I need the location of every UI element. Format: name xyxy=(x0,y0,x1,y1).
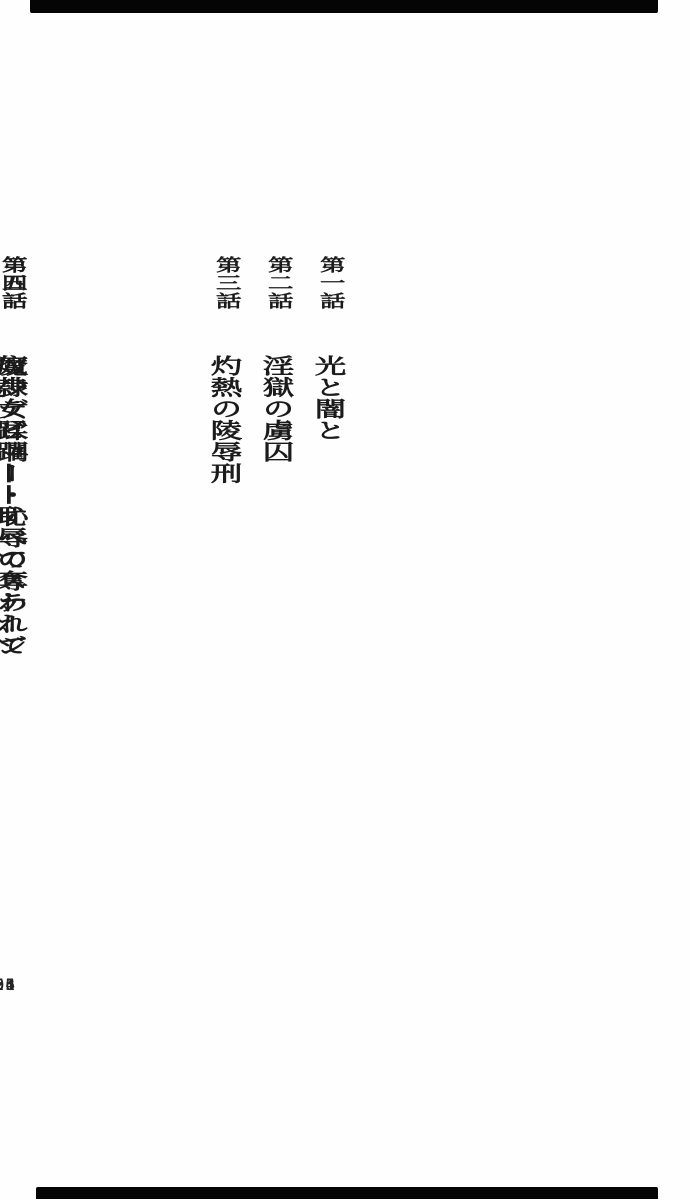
toc-entry-1: 第一話光と闇と xyxy=(318,256,340,441)
toc-page: 第一話光と闇と 第二話淫獄の虜囚 第三話灼熱の陵辱刑 第四話魔少女蹂躙——すべて… xyxy=(0,0,690,1200)
chapter-title: 奴隷デビュー・恥辱のステージ xyxy=(0,355,31,656)
toc-entry-1-text: 第一話光と闇と xyxy=(313,256,346,441)
chapter-title: 光と闇と xyxy=(311,355,349,441)
chapter-title: 灼熱の陵辱刑 xyxy=(207,355,245,484)
chapter-label: 第五話 xyxy=(0,256,26,310)
toc-entry-5-text: 第五話奴隷デビュー・恥辱のステージ xyxy=(0,256,28,656)
scan-edge-bottom xyxy=(36,1187,658,1199)
toc-entry-3: 第三話灼熱の陵辱刑 xyxy=(214,256,236,484)
toc-entry-3-text: 第三話灼熱の陵辱刑 xyxy=(209,256,242,484)
toc-entry-2-text: 第二話淫獄の虜囚 xyxy=(261,256,294,463)
scan-edge-top xyxy=(30,0,658,13)
toc-entry-5: 第五話奴隷デビュー・恥辱のステージ xyxy=(0,256,22,656)
chapter-title: 淫獄の虜囚 xyxy=(259,355,297,463)
page-number-entry-5: 225 xyxy=(0,975,16,994)
chapter-label: 第三話 xyxy=(210,256,240,310)
chapter-label: 第二話 xyxy=(262,256,292,310)
toc-entry-2: 第二話淫獄の虜囚 xyxy=(266,256,288,463)
chapter-label: 第一話 xyxy=(314,256,344,310)
